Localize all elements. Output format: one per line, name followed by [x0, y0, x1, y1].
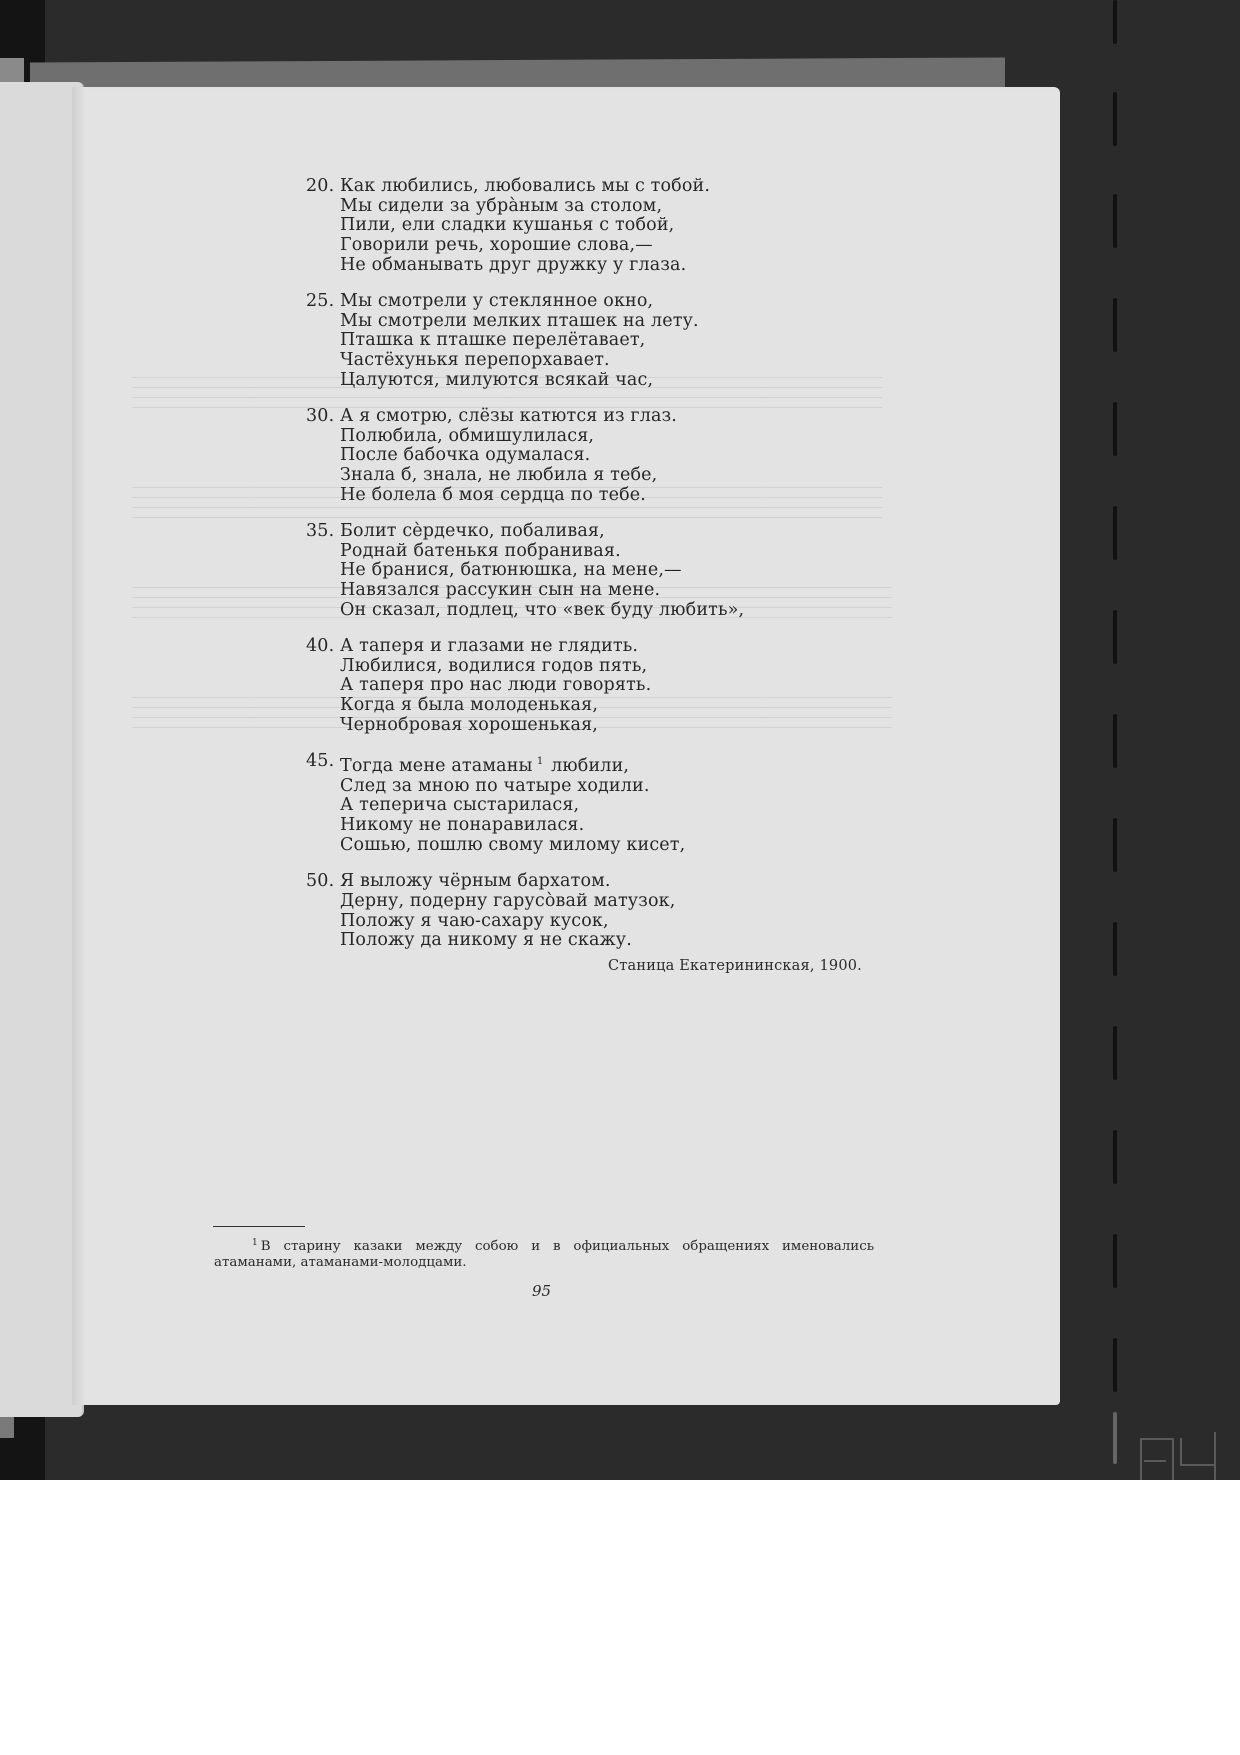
cover-corner-bottom: [0, 1416, 14, 1438]
ruler-mark: [1113, 92, 1117, 146]
ruler-mark: [1113, 298, 1117, 352]
poem-line: А теперича сыстарилася,: [300, 796, 860, 816]
poem-line: Пташка к пташке перелётавает,: [300, 331, 860, 351]
cover-corner: [0, 58, 24, 84]
poem-line: Полюбила, обмишулилася,: [300, 427, 860, 447]
line-text: Не болела б моя сердца по тебе.: [340, 485, 646, 505]
ruler-mark: [1113, 610, 1117, 664]
ruler-mark: [1113, 1234, 1117, 1288]
line-text-tail: любили,: [545, 756, 629, 776]
ruler-mark: [1113, 1412, 1117, 1464]
line-number: 35.: [306, 522, 334, 542]
line-text: После бабочка одумалася.: [340, 445, 590, 465]
line-text: Пташка к пташке перелётавает,: [340, 330, 645, 350]
line-number: 20.: [306, 177, 334, 197]
poem-line: Чернобровая хорошенькая,: [300, 716, 860, 736]
poem-line: След за мною по чатыре ходили.: [300, 777, 860, 797]
ruler-mark: [1113, 818, 1117, 872]
ruler-mark: [1113, 1338, 1117, 1392]
book-page: 20.Как любились, любовались мы с тобой.М…: [72, 87, 1060, 1405]
poem-line: Пили, ели сладки кушанья с тобой,: [300, 216, 860, 236]
line-text: Мы смотрели у стеклянное окно,: [340, 291, 653, 311]
line-text: Тогда мене атаманы: [340, 756, 533, 776]
poem-line: После бабочка одумалася.: [300, 446, 860, 466]
poem-line: Мы смотрели мелких пташек на лету.: [300, 312, 860, 332]
line-text: Чернобровая хорошенькая,: [340, 715, 598, 735]
footnote-reference: 1: [534, 756, 544, 767]
line-text: Болит сѐрдечко, побаливая,: [340, 521, 605, 541]
ruler-mark: [1113, 922, 1117, 976]
poem-line: 35.Болит сѐрдечко, побаливая,: [300, 522, 860, 542]
poem-line: Говорили речь, хорошие слова,—: [300, 236, 860, 256]
poem-line: Знала б, знала, не любила я тебе,: [300, 466, 860, 486]
stanza: 30.А я смотрю, слёзы катются из глаз.Пол…: [300, 407, 860, 506]
scan-background: 20.Как любились, любовались мы с тобой.М…: [0, 0, 1240, 1480]
line-text: Сошью, пошлю свому милому кисет,: [340, 835, 685, 855]
poem-line: 40.А таперя и глазами не глядить.: [300, 637, 860, 657]
poem-line: 50.Я выложу чёрным бархатом.: [300, 872, 860, 892]
line-text: Не бранися, батюнюшка, на мене,—: [340, 560, 682, 580]
line-text: Не обманывать друг дружку у глаза.: [340, 255, 686, 275]
poem-line: А таперя про нас люди говорять.: [300, 676, 860, 696]
page-gutter-shadow: [72, 87, 86, 1405]
stanza: 25.Мы смотрели у стеклянное окно,Мы смот…: [300, 292, 860, 391]
poem-line: Положу я чаю-сахару кусок,: [300, 912, 860, 932]
footnote: 1В старину казаки между собою и в официа…: [214, 1235, 874, 1271]
poem-line: Он сказал, подлец, что «век буду любить»…: [300, 601, 860, 621]
line-text: Никому не понаравилася.: [340, 815, 584, 835]
poem-line: Любилися, водилися годов пять,: [300, 657, 860, 677]
line-text: Он сказал, подлец, что «век буду любить»…: [340, 600, 744, 620]
poem-line: 30.А я смотрю, слёзы катются из глаз.: [300, 407, 860, 427]
line-text: Как любились, любовались мы с тобой.: [340, 176, 710, 196]
poem-line: Никому не понаравилася.: [300, 816, 860, 836]
poem-line: Роднай батенькя побранивая.: [300, 542, 860, 562]
poem-line: Сошью, пошлю свому милому кисет,: [300, 836, 860, 856]
stanza: 40.А таперя и глазами не глядить.Любилис…: [300, 637, 860, 736]
line-text: След за мною по чатыре ходили.: [340, 776, 650, 796]
line-text: А таперя про нас люди говорять.: [340, 675, 651, 695]
ruler-mark: [1113, 506, 1117, 560]
line-number: 40.: [306, 637, 334, 657]
ruler-mark: [1113, 714, 1117, 768]
scan-label-glyph: [1140, 1432, 1206, 1480]
line-text: Я выложу чёрным бархатом.: [340, 871, 611, 891]
line-text: Пили, ели сладки кушанья с тобой,: [340, 215, 674, 235]
line-text: А таперя и глазами не глядить.: [340, 636, 638, 656]
line-text: Дерну, подерну гарусо̀вай матузок,: [340, 891, 675, 911]
ruler-mark: [1113, 0, 1117, 44]
poem-line: Цалуются, милуются всякай час,: [300, 371, 860, 391]
signature: Станица Екатерининская, 1900.: [608, 958, 862, 974]
line-number: 50.: [306, 872, 334, 892]
stanza: 45.Тогда мене атаманы 1 любили,След за м…: [300, 752, 860, 856]
poem-line: 25.Мы смотрели у стеклянное окно,: [300, 292, 860, 312]
line-text: Полюбила, обмишулилася,: [340, 426, 594, 446]
poem-line: 45.Тогда мене атаманы 1 любили,: [300, 752, 860, 777]
footnote-marker: 1: [252, 1238, 258, 1248]
line-text: Говорили речь, хорошие слова,—: [340, 235, 653, 255]
line-number: 30.: [306, 407, 334, 427]
blank-margin: [0, 1480, 1240, 1755]
ruler-mark: [1113, 1026, 1117, 1080]
line-number: 45.: [306, 752, 334, 772]
poem: 20.Как любились, любовались мы с тобой.М…: [300, 177, 860, 967]
poem-line: Дерну, подерну гарусо̀вай матузок,: [300, 892, 860, 912]
poem-line: Частёхунькя перепорхавает.: [300, 351, 860, 371]
footnote-text: В старину казаки между собою и в официал…: [214, 1239, 874, 1270]
line-text: Мы сидели за убра̀ным за столом,: [340, 196, 662, 216]
line-text: Положу да никому я не скажу.: [340, 930, 632, 950]
line-number: 25.: [306, 292, 334, 312]
line-text: А теперича сыстарилася,: [340, 795, 579, 815]
line-text: Роднай батенькя побранивая.: [340, 541, 621, 561]
poem-line: Когда я была молоденькая,: [300, 696, 860, 716]
poem-line: 20.Как любились, любовались мы с тобой.: [300, 177, 860, 197]
poem-line: Мы сидели за убра̀ным за столом,: [300, 197, 860, 217]
stanza: 20.Как любились, любовались мы с тобой.М…: [300, 177, 860, 276]
poem-line: Не бранися, батюнюшка, на мене,—: [300, 561, 860, 581]
line-text: Знала б, знала, не любила я тебе,: [340, 465, 657, 485]
ruler-mark: [1113, 1130, 1117, 1184]
line-text: Мы смотрели мелких пташек на лету.: [340, 311, 699, 331]
line-text: Положу я чаю-сахару кусок,: [340, 911, 609, 931]
ruler-mark: [1113, 402, 1117, 456]
ruler-mark: [1113, 194, 1117, 248]
stanza: 35.Болит сѐрдечко, побаливая,Роднай бате…: [300, 522, 860, 621]
line-text: Любилися, водилися годов пять,: [340, 656, 647, 676]
stanza: 50.Я выложу чёрным бархатом.Дерну, подер…: [300, 872, 860, 951]
poem-line: Не обманывать друг дружку у глаза.: [300, 256, 860, 276]
line-text: Когда я была молоденькая,: [340, 695, 598, 715]
poem-line: Навязался рассукин сын на мене.: [300, 581, 860, 601]
line-text: Цалуются, милуются всякай час,: [340, 370, 653, 390]
line-text: А я смотрю, слёзы катются из глаз.: [340, 406, 677, 426]
line-text: Частёхунькя перепорхавает.: [340, 350, 610, 370]
line-text: Навязался рассукин сын на мене.: [340, 580, 660, 600]
page-number: 95: [532, 1282, 551, 1300]
poem-line: Положу да никому я не скажу.: [300, 931, 860, 951]
poem-line: Не болела б моя сердца по тебе.: [300, 486, 860, 506]
footnote-rule: [213, 1226, 305, 1227]
